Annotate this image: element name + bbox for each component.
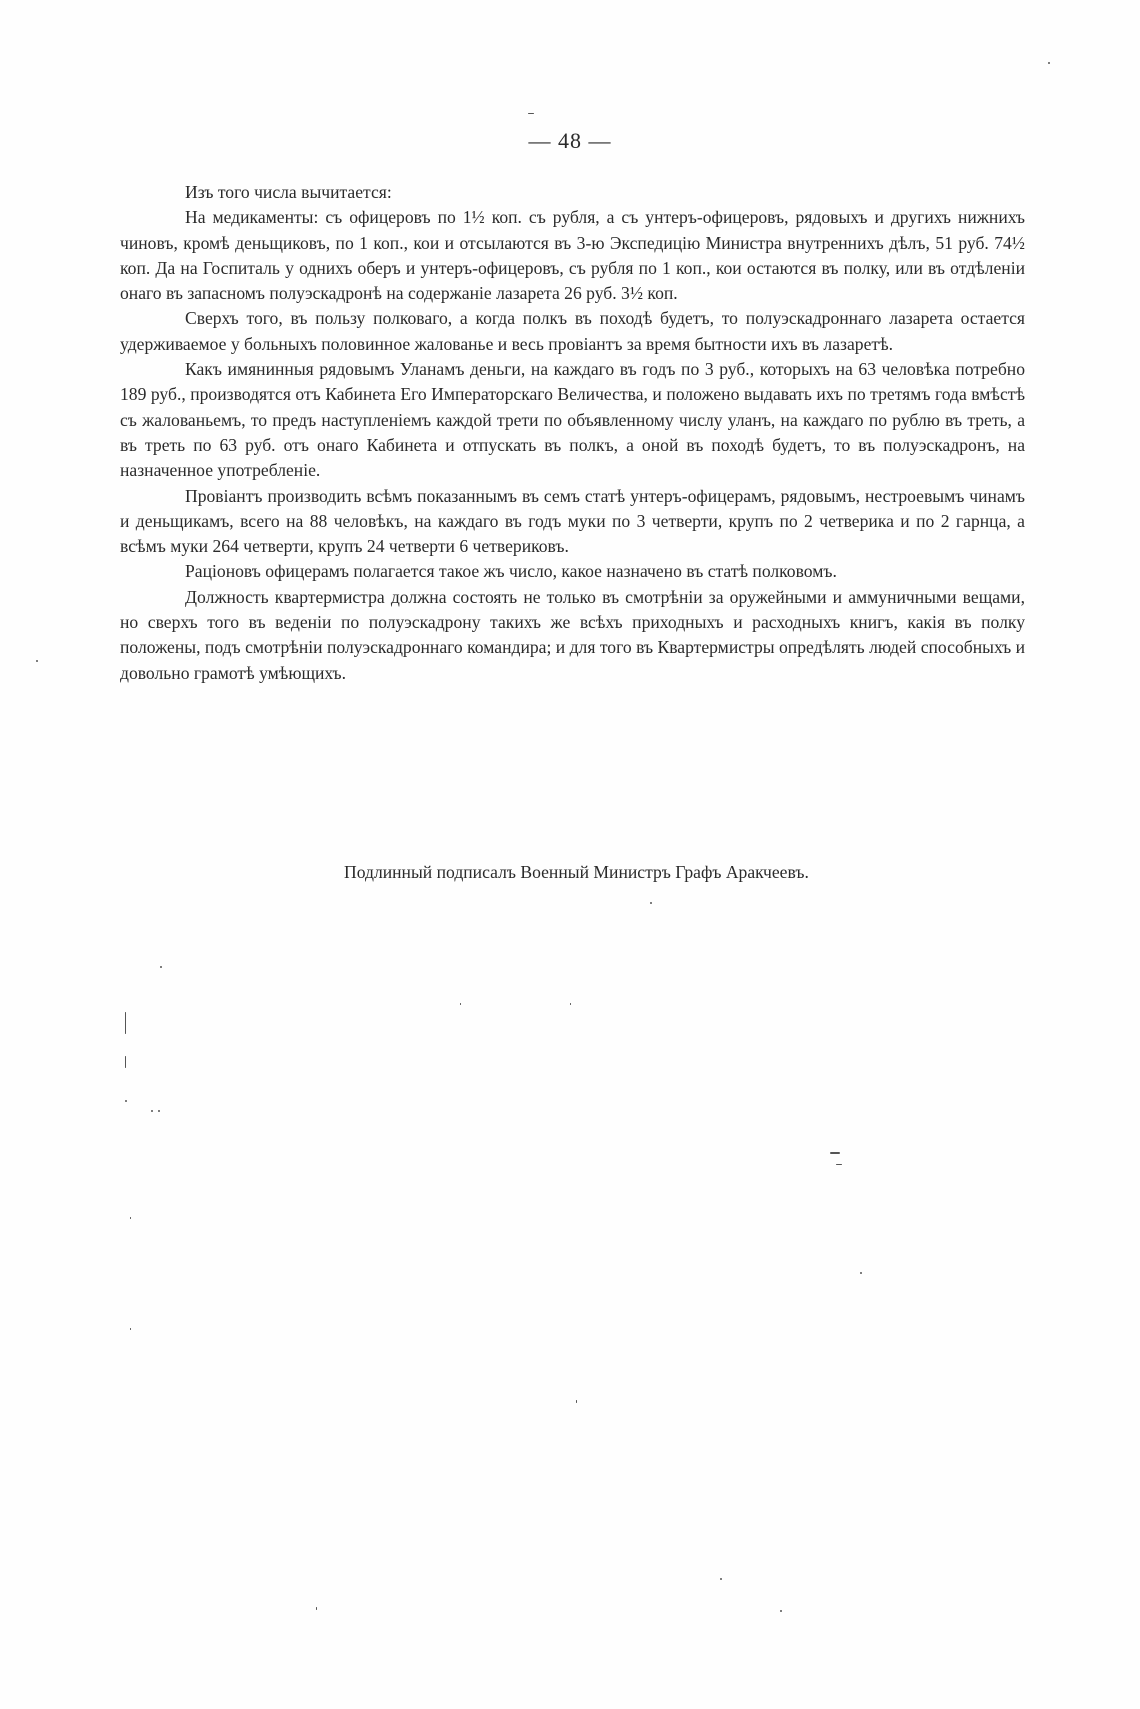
scan-speck	[860, 1272, 862, 1274]
scan-speck	[125, 1100, 127, 1102]
scanned-page: — 48 — Изъ того числа вычитается: На мед…	[0, 0, 1140, 1709]
scan-speck	[570, 1003, 571, 1005]
scan-speck	[151, 1110, 153, 1112]
scan-speck	[36, 660, 38, 662]
paragraph-deductions-intro: Изъ того числа вычитается:	[120, 180, 1025, 205]
paragraph-medicines: На медикаменты: съ офицеровъ по 1½ коп. …	[120, 205, 1025, 306]
body-text: Изъ того числа вычитается: На медикамент…	[120, 180, 1025, 686]
scan-speck	[650, 902, 652, 904]
page-number: — 48 —	[0, 128, 1140, 154]
scan-speck	[836, 1164, 842, 1165]
scan-speck	[160, 966, 162, 968]
scan-speck	[720, 1578, 722, 1580]
scan-speck	[1048, 62, 1050, 64]
scan-speck	[576, 1400, 577, 1403]
paragraph-quartermaster: Должность квартермистра должна состоять …	[120, 585, 1025, 686]
signature-line: Подлинный подписалъ Военный Министръ Гра…	[344, 862, 809, 883]
scan-speck	[125, 1056, 126, 1068]
paragraph-provisions: Провіантъ производить всѣмъ показаннымъ …	[120, 484, 1025, 560]
scan-speck	[125, 1012, 126, 1034]
scan-speck	[780, 1610, 782, 1612]
scan-speck	[130, 1217, 131, 1219]
scan-speck	[460, 1003, 461, 1005]
paragraph-infirmary: Сверхъ того, въ пользу полковаго, а когд…	[120, 306, 1025, 357]
scan-speck	[316, 1607, 317, 1610]
scan-speck	[528, 113, 534, 114]
scan-speck	[130, 1328, 131, 1330]
scan-speck	[830, 1152, 840, 1154]
paragraph-nameday-money: Какъ имянинныя рядовымъ Уланамъ деньги, …	[120, 357, 1025, 483]
paragraph-rations: Раціоновъ офицерамъ полагается такое жъ …	[120, 559, 1025, 584]
scan-speck	[158, 1110, 160, 1112]
